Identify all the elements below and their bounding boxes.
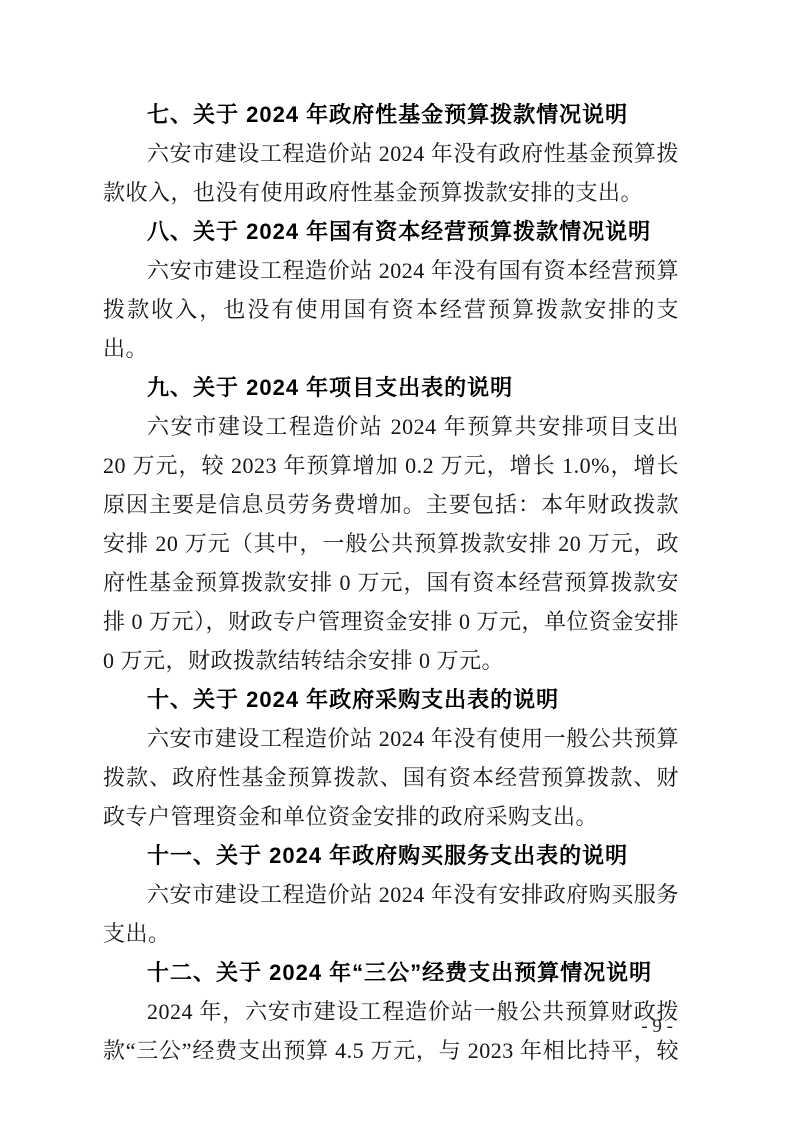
- section-paragraph-9: 六安市建设工程造价站 2024 年预算共安排项目支出 20 万元，较 2023 …: [103, 407, 679, 680]
- section-heading-12: 十二、关于 2024 年“三公”经费支出预算情况说明: [103, 953, 679, 992]
- section-heading-7: 七、关于 2024 年政府性基金预算拨款情况说明: [103, 95, 679, 134]
- section-heading-11: 十一、关于 2024 年政府购买服务支出表的说明: [103, 836, 679, 875]
- section-heading-9: 九、关于 2024 年项目支出表的说明: [103, 368, 679, 407]
- section-paragraph-8: 六安市建设工程造价站 2024 年没有国有资本经营预算拨款收入，也没有使用国有资…: [103, 251, 679, 368]
- section-heading-10: 十、关于 2024 年政府采购支出表的说明: [103, 680, 679, 719]
- page-number: - 9 -: [103, 1012, 679, 1042]
- section-paragraph-7: 六安市建设工程造价站 2024 年没有政府性基金预算拨款收入，也没有使用政府性基…: [103, 134, 679, 212]
- section-paragraph-11: 六安市建设工程造价站 2024 年没有安排政府购买服务支出。: [103, 875, 679, 953]
- document-body: 七、关于 2024 年政府性基金预算拨款情况说明 六安市建设工程造价站 2024…: [103, 95, 679, 1070]
- section-heading-8: 八、关于 2024 年国有资本经营预算拨款情况说明: [103, 212, 679, 251]
- document-page: 七、关于 2024 年政府性基金预算拨款情况说明 六安市建设工程造价站 2024…: [0, 0, 793, 1122]
- section-paragraph-10: 六安市建设工程造价站 2024 年没有使用一般公共预算拨款、政府性基金预算拨款、…: [103, 719, 679, 836]
